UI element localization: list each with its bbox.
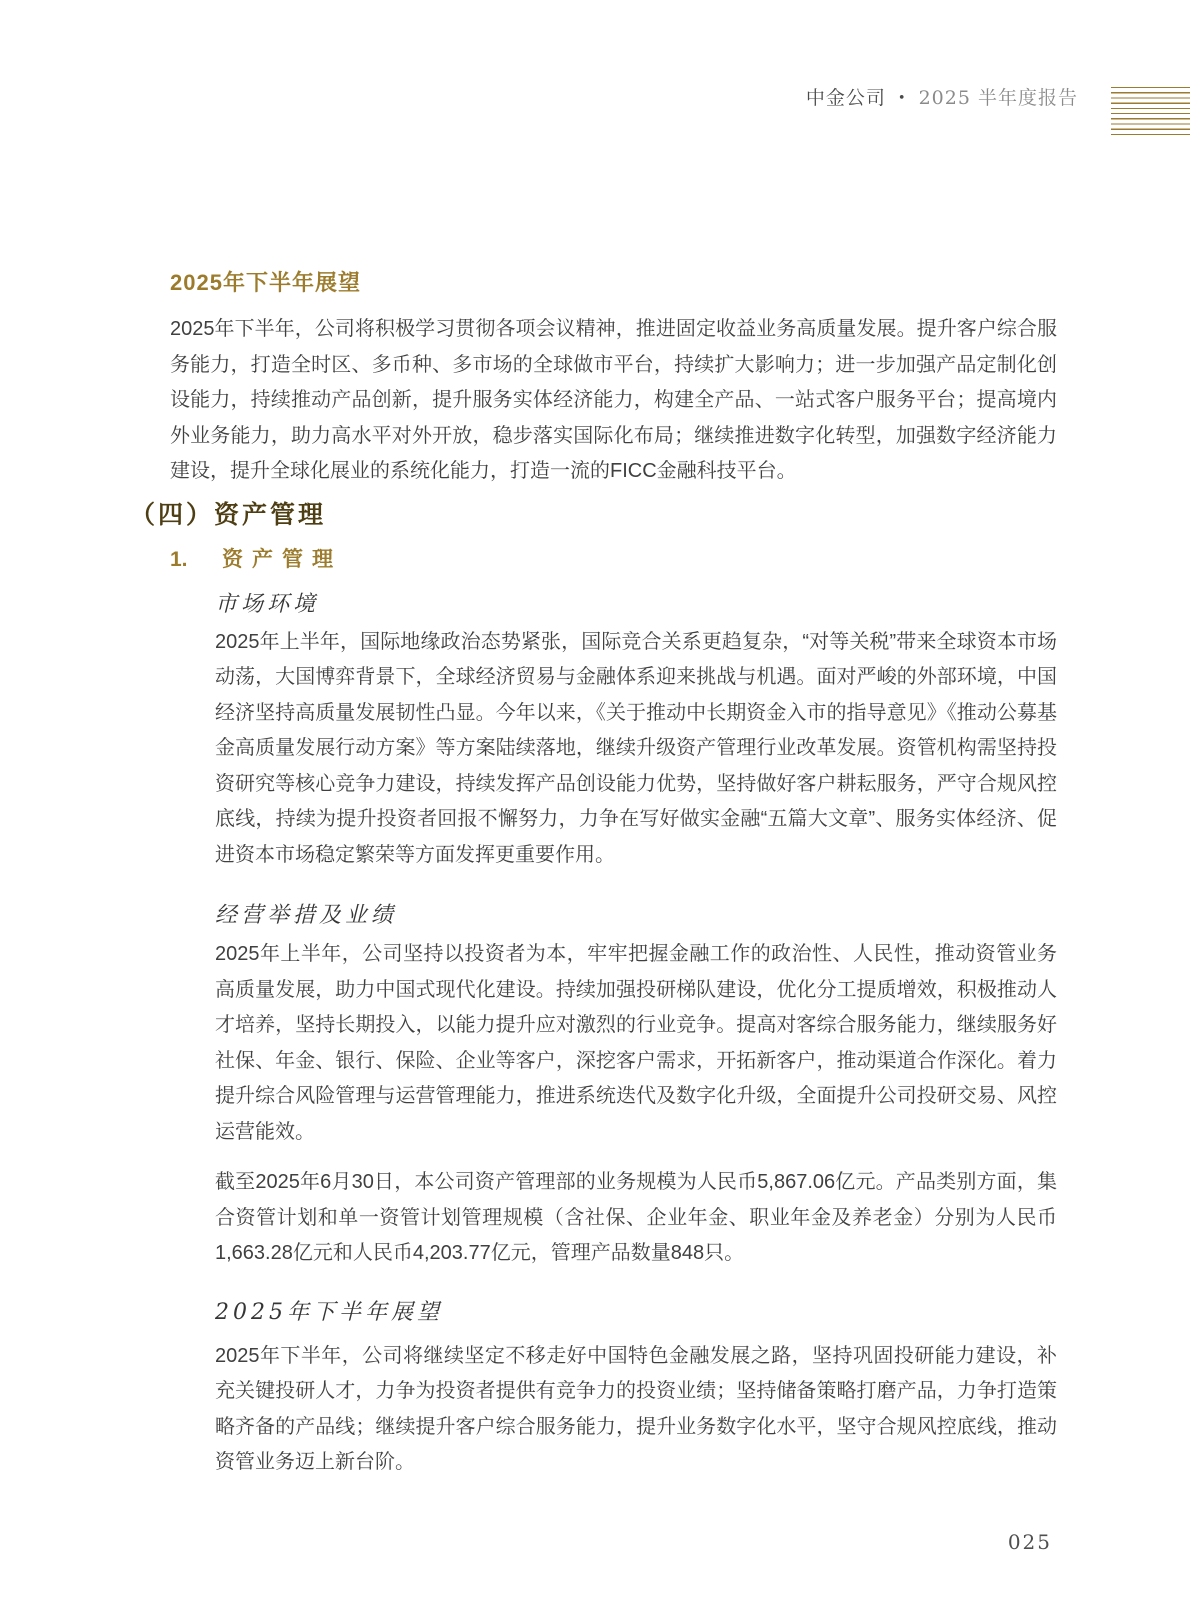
am-outlook-heading: 2025年下半年展望	[215, 1298, 1057, 1328]
report-title: 2025 半年度报告	[919, 87, 1078, 109]
operations-paragraph: 2025年上半年，公司坚持以投资者为本，牢牢把握金融工作的政治性、人民性，推动资…	[215, 937, 1057, 1150]
am-outlook-paragraph: 2025年下半年，公司将继续坚定不移走好中国特色金融发展之路，坚持巩固投研能力建…	[215, 1339, 1057, 1481]
document-page: 中金公司•2025 半年度报告 2025年下半年展望 2025年下半年，公司将积…	[0, 0, 1190, 1615]
subsection-title: 资产管理	[222, 546, 342, 574]
subsection-body: 市场环境 2025年上半年，国际地缘政治态势紧张，国际竞合关系更趋复杂，“对等关…	[215, 590, 1057, 1481]
page-content: 2025年下半年展望 2025年下半年，公司将积极学习贯彻各项会议精神，推进固定…	[0, 0, 1190, 1481]
running-header: 中金公司•2025 半年度报告	[806, 86, 1078, 111]
asset-management-subsection-heading: 1. 资产管理	[170, 546, 1057, 574]
separator-dot-icon: •	[898, 91, 907, 106]
operations-heading: 经营举措及业绩	[215, 901, 1057, 931]
decorative-lines-icon	[1111, 87, 1190, 136]
asset-management-section-heading: （四）资产管理	[130, 498, 1057, 532]
ficc-outlook-heading: 2025年下半年展望	[170, 268, 1057, 298]
page-number: 025	[1008, 1530, 1052, 1554]
subsection-number: 1.	[170, 546, 222, 574]
ficc-outlook-paragraph: 2025年下半年，公司将积极学习贯彻各项会议精神，推进固定收益业务高质量发展。提…	[170, 312, 1057, 490]
company-name: 中金公司	[806, 87, 886, 109]
market-env-paragraph: 2025年上半年，国际地缘政治态势紧张，国际竞合关系更趋复杂，“对等关税”带来全…	[215, 625, 1057, 874]
operations-scale-paragraph: 截至2025年6月30日，本公司资产管理部的业务规模为人民币5,867.06亿元…	[215, 1165, 1057, 1272]
market-env-heading: 市场环境	[215, 590, 1057, 620]
